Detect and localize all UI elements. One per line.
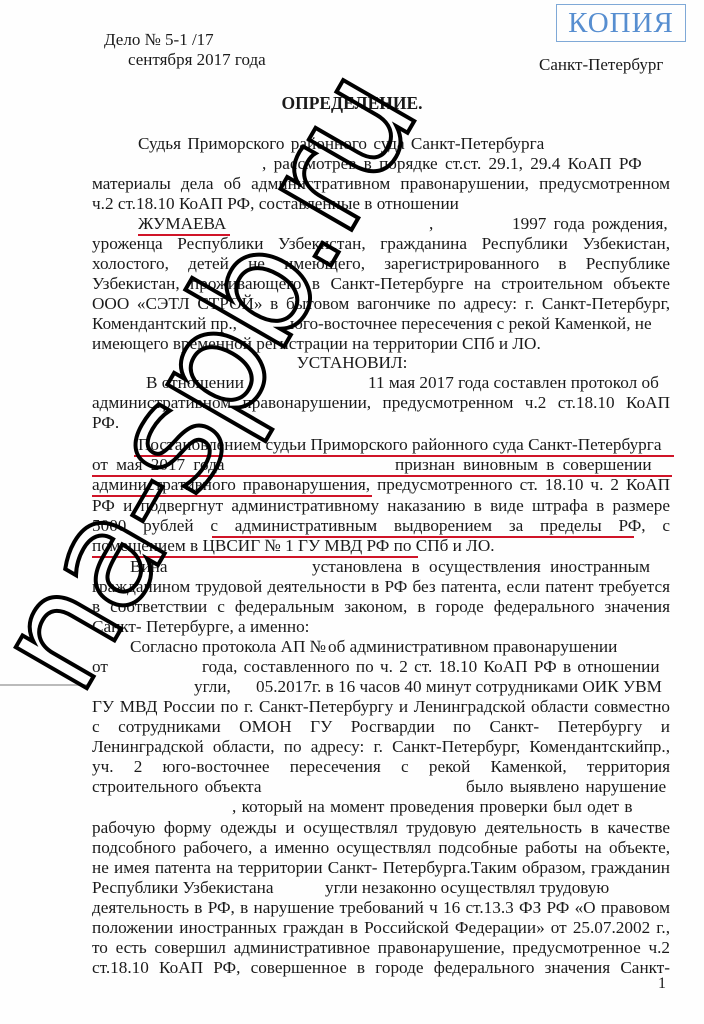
p4-line-14: деятельность в РФ, в нарушение требовани…	[92, 898, 670, 918]
p3-line-1-end: установлена в осуществления иностранным	[312, 557, 650, 577]
person-line-2: холостого, детей не имеющего, зарегистри…	[92, 254, 670, 274]
p4-line-10: рабочую форму одежды и осуществлял трудо…	[92, 818, 670, 838]
p4-line-1-start: Согласно протокола АП №	[130, 637, 326, 657]
p4-line-13-end: угли незаконно осуществлял трудовую	[325, 878, 609, 898]
p4-line-7: уч. 2 юго-восточнее пересечения с рекой …	[92, 757, 670, 777]
intro-line-3: материалы дела об административном право…	[92, 174, 670, 194]
p4-line-12: не имея патента на территории Санкт- Пет…	[92, 858, 670, 878]
p4-line-5: с сотрудниками ОМОН ГУ Росгвардии по Сан…	[92, 717, 670, 737]
intro-line-1: Судья Приморского районного суда Санкт-П…	[138, 134, 544, 154]
p2-line-2-end: признан виновным в совершении	[395, 455, 652, 475]
p4-line-16: то есть совершил административное правон…	[92, 938, 670, 958]
person-comma: ,	[429, 214, 433, 234]
p3-line-2: гражданином трудовой деятельности в РФ б…	[92, 577, 670, 597]
p4-line-13-start: Республики Узбекистана	[92, 878, 273, 898]
p4-line-1-end: об административном правонарушении	[328, 637, 617, 657]
p4-line-8-end: было выявлено нарушение	[466, 777, 666, 797]
p4-line-15: положении иностранных граждан в Российск…	[92, 918, 670, 938]
document-page: КОПИЯ Дело № 5-1 /17 сентября 2017 года …	[0, 0, 704, 1024]
document-city: Санкт-Петербург	[539, 55, 663, 75]
established-heading: УСТАНОВИЛ:	[0, 353, 704, 373]
person-line-5a: Комендантский пр.,	[92, 314, 237, 334]
p1-end: 11 мая 2017 года составлен протокол об	[368, 373, 659, 393]
p2-line-3: административного правонарушения, предус…	[92, 475, 670, 495]
scan-artifact	[0, 684, 90, 686]
person-line-4: ООО «СЭТЛ СТРОЙ» в бытовом вагончике по …	[92, 294, 670, 314]
person-line-5b: юго-восточнее пересечения с рекой Каменк…	[290, 314, 652, 334]
p2-line-4: РФ и подвергнут административному наказа…	[92, 496, 670, 516]
copy-stamp: КОПИЯ	[556, 4, 686, 42]
p2-line-1: Постановлением судьи Приморского районно…	[138, 435, 661, 455]
document-title: ОПРЕДЕЛЕНИЕ.	[0, 93, 704, 114]
p4-line-2-end: года, составленного по ч. 2 ст. 18.10 Ко…	[202, 657, 660, 677]
p4-line-2-start: от	[92, 657, 108, 677]
document-date: сентября 2017 года	[128, 50, 266, 70]
p3-line-3: в соответствии с федеральным законом, в …	[92, 597, 670, 617]
intro-line-2: , рассмотрев в порядке ст.ст. 29.1, 29.4…	[262, 154, 642, 174]
intro-line-4: ч.2 ст.18.10 КоАП РФ, составленные в отн…	[92, 194, 670, 214]
p4-line-17: ст.18.10 КоАП РФ, совершенное в городе ф…	[92, 958, 670, 978]
p4-line-11: подсобного рабочего, а именно осуществля…	[92, 838, 670, 858]
p4-line-3a: угли,	[194, 677, 231, 697]
case-number: Дело № 5-1 /17	[104, 30, 214, 50]
p4-line-6: Ленинградской области, по адресу: г. Сан…	[92, 737, 670, 757]
p4-line-3b: 05.2017г. в 16 часов 40 минут сотрудника…	[256, 677, 662, 697]
p1-start: В отношении	[146, 373, 244, 393]
p4-line-4: ГУ МВД России по г. Санкт-Петербургу и Л…	[92, 697, 670, 717]
p1-line-3: РФ.	[92, 413, 670, 433]
p3-line-4: Санкт- Петербурге, а именно:	[92, 617, 670, 637]
p2-line-5: 5000 рублей с административным выдворени…	[92, 516, 670, 536]
person-surname: ЖУМАЕВА	[138, 214, 226, 234]
person-line-1: уроженца Республики Узбекистан, граждани…	[92, 234, 670, 254]
page-number: 1	[658, 975, 666, 993]
p2-line-6: помещением в ЦВСИГ № 1 ГУ МВД РФ по СПб …	[92, 536, 670, 556]
person-birth: 1997 года рождения,	[512, 214, 668, 234]
person-line-3: Узбекистан, проживающего в Санкт-Петербу…	[92, 274, 670, 294]
p3-line-1-start: Вина	[130, 557, 168, 577]
person-line-6: имеющего временной регистрации на террит…	[92, 334, 670, 354]
p2-line-2-start: от мая 2017 года	[92, 455, 225, 475]
p1-line-2: административном правонарушении, предусм…	[92, 393, 670, 413]
p4-line-8-start: строительного объекта	[92, 777, 262, 797]
p4-line-9: , который на момент проведения проверки …	[232, 797, 633, 817]
